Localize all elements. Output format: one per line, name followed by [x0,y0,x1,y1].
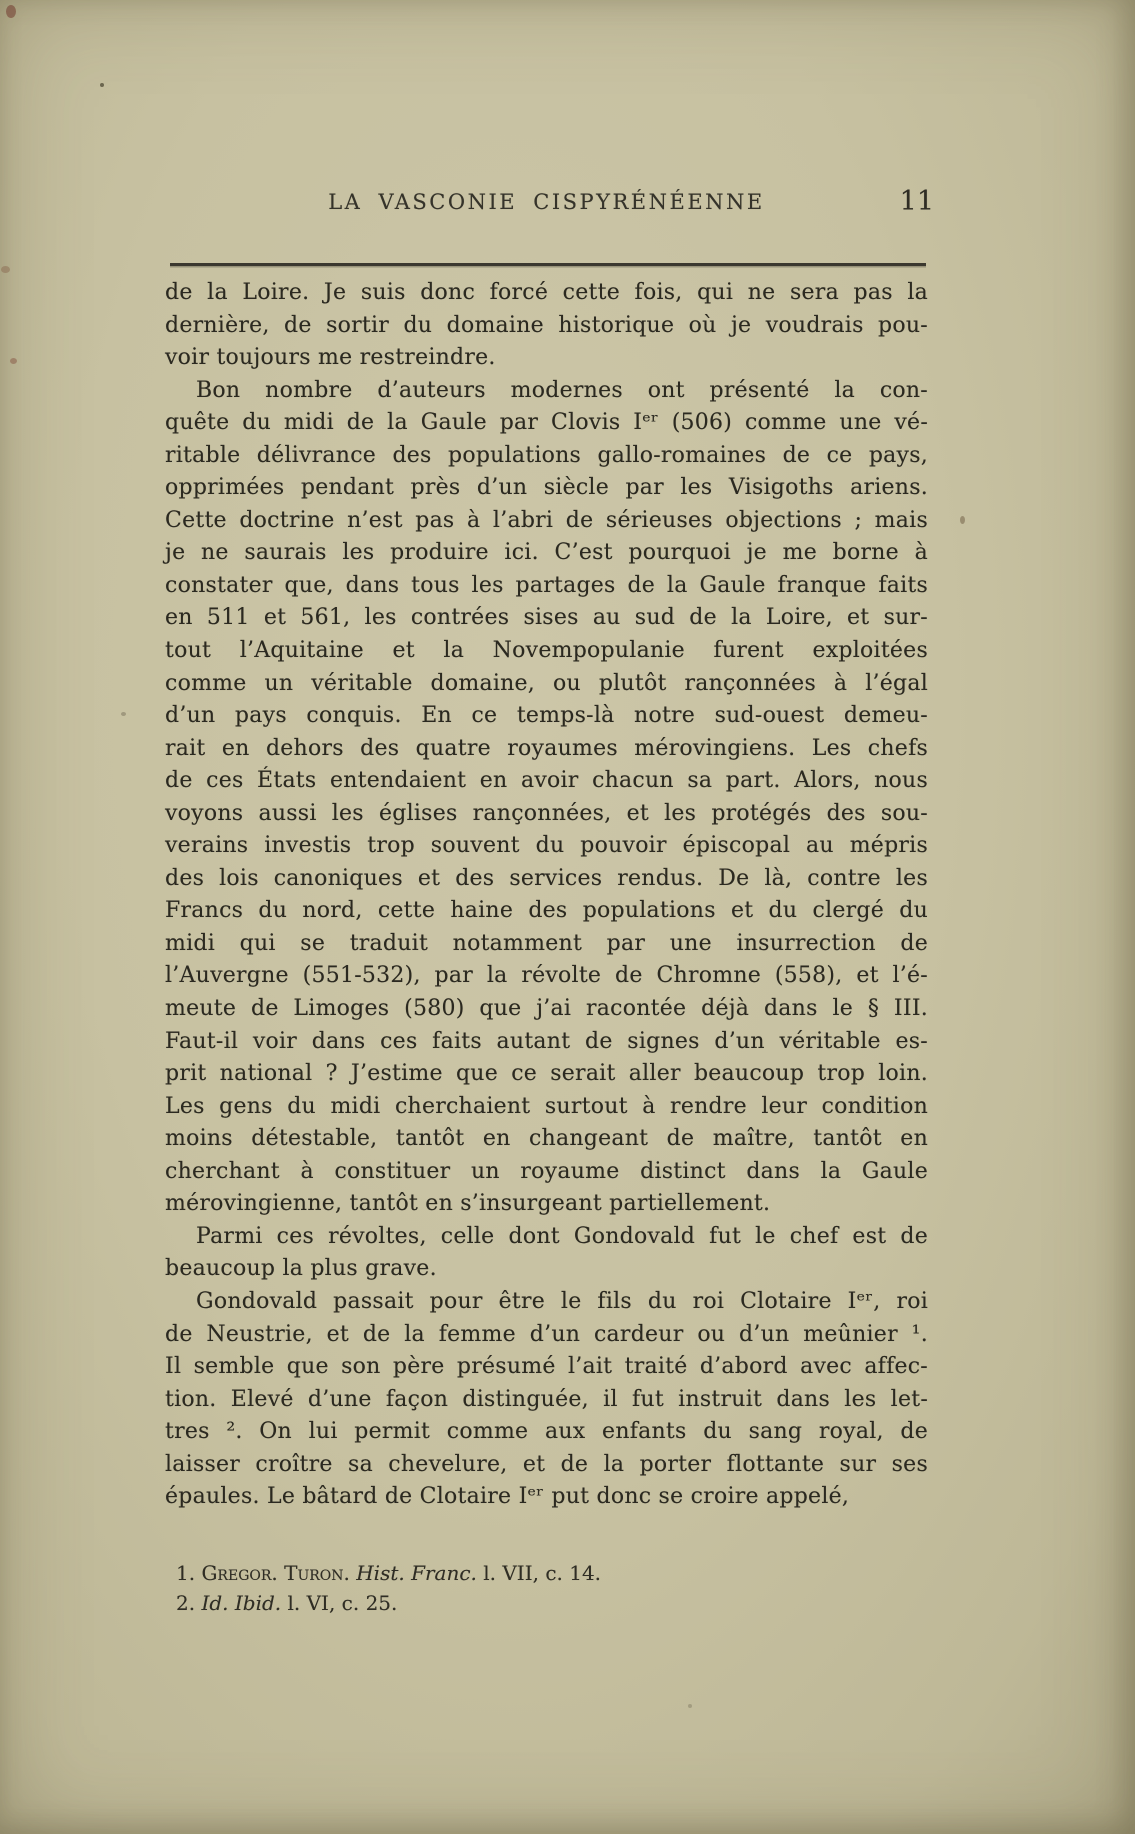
text-line: prit national ? J’estime que ce serait a… [165,1058,928,1091]
text-line: laisser croître sa chevelure, et de la p… [165,1449,928,1482]
body-text: de la Loire. Je suis donc forcé cette fo… [165,277,928,1514]
text-line: comme un véritable domaine, ou plutôt ra… [165,668,928,701]
page-title: LA VASCONIE CISPYRÉNÉENNE [165,190,928,214]
text-line: mérovingienne, tantôt en s’insurgeant pa… [165,1188,928,1221]
text-line: Parmi ces révoltes, celle dont Gondovald… [165,1221,928,1254]
book-page: LA VASCONIE CISPYRÉNÉENNE 11 de la Loire… [0,0,1135,1834]
paper-speck [100,83,104,87]
text-line: Il semble que son père présumé l’ait tra… [165,1351,928,1384]
paper-speck [688,1704,692,1708]
paper-speck [960,516,965,524]
text-line: épaules. Le bâtard de Clotaire Iᵉʳ put d… [165,1481,928,1514]
running-header: LA VASCONIE CISPYRÉNÉENNE 11 [165,190,928,220]
text-line: moins détestable, tantôt en changeant de… [165,1123,928,1156]
text-line: des lois canoniques et des services rend… [165,863,928,896]
text-line: beaucoup la plus grave. [165,1253,928,1286]
text-line: cherchant à constituer un royaume distin… [165,1156,928,1189]
text-line: de Neustrie, et de la femme d’un cardeur… [165,1319,928,1352]
text-line: voyons aussi les églises rançonnées, et … [165,798,928,831]
text-line: tion. Elevé d’une façon distinguée, il f… [165,1384,928,1417]
text-line: voir toujours me restreindre. [165,342,928,375]
text-line: de la Loire. Je suis donc forcé cette fo… [165,277,928,310]
text-line: midi qui se traduit notamment par une in… [165,928,928,961]
text-line: tout l’Aquitaine et la Novempopulanie fu… [165,635,928,668]
text-line: Faut-il voir dans ces faits autant de si… [165,1026,928,1059]
footnote-work: Hist. Franc. [356,1561,477,1585]
text-line: Gondovald passait pour être le fils du r… [165,1286,928,1319]
footnote-reference: l. VII, c. 14. [483,1561,601,1585]
footnotes: 1. Gregor. Turon. Hist. Franc. l. VII, c… [176,1558,916,1618]
footnote-number: 2. [176,1591,195,1615]
text-line: quête du midi de la Gaule par Clovis Iᵉʳ… [165,407,928,440]
text-line: dernière, de sortir du domaine historiqu… [165,310,928,343]
text-line: constater que, dans tous les partages de… [165,570,928,603]
footnote: 1. Gregor. Turon. Hist. Franc. l. VII, c… [176,1558,916,1588]
paper-speck [1,266,10,273]
footnote-reference: l. VI, c. 25. [288,1591,398,1615]
text-line: de ces États entendaient en avoir chacun… [165,765,928,798]
footnote: 2. Id. Ibid. l. VI, c. 25. [176,1588,916,1618]
text-line: opprimées pendant près d’un siècle par l… [165,472,928,505]
text-line: Les gens du midi cherchaient surtout à r… [165,1091,928,1124]
text-line: tres ². On lui permit comme aux enfants … [165,1416,928,1449]
text-line: ritable délivrance des populations gallo… [165,440,928,473]
text-line: d’un pays conquis. En ce temps-là notre … [165,700,928,733]
text-line: rait en dehors des quatre royaumes mérov… [165,733,928,766]
footnote-work: Id. Ibid. [201,1591,281,1615]
paper-speck [121,712,126,716]
page-number: 11 [900,186,934,217]
text-line: Cette doctrine n’est pas à l’abri de sér… [165,505,928,538]
text-line: Francs du nord, cette haine des populati… [165,895,928,928]
text-line: Bon nombre d’auteurs modernes ont présen… [165,375,928,408]
text-line: meute de Limoges (580) que j’ai racontée… [165,993,928,1026]
paper-speck [6,5,16,18]
header-rule [170,263,926,266]
footnote-number: 1. [176,1561,195,1585]
footnote-author: Gregor. Turon. [201,1561,349,1585]
text-line: en 511 et 561, les contrées sises au sud… [165,602,928,635]
text-line: l’Auvergne (551-532), par la révolte de … [165,960,928,993]
text-line: verains investis trop souvent du pouvoir… [165,830,928,863]
paper-speck [10,358,17,364]
text-line: je ne saurais les produire ici. C’est po… [165,537,928,570]
